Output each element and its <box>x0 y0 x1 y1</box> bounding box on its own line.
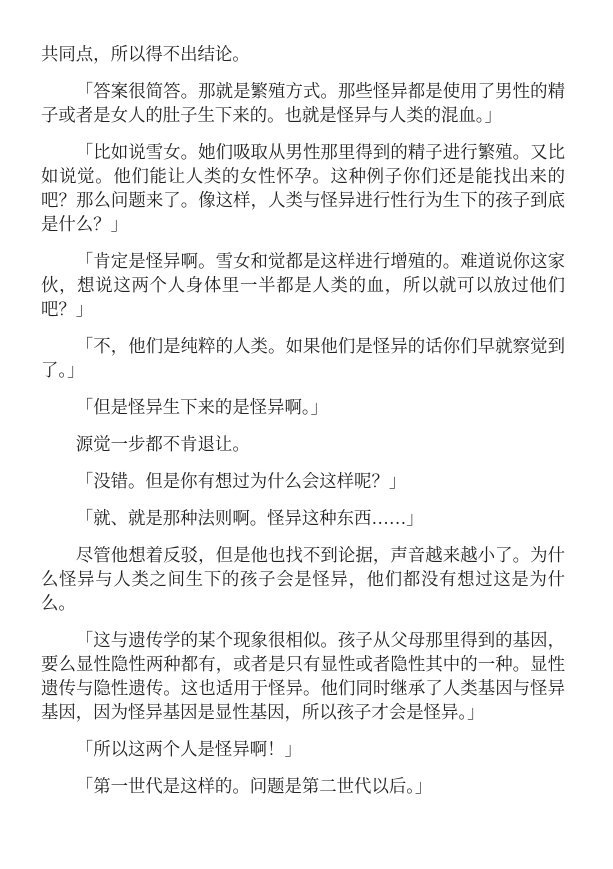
paragraph: 「比如说雪女。她们吸取从男性那里得到的精子进行繁殖。又比如说觉。他们能让人类的女… <box>41 140 565 236</box>
paragraph: 「所以这两个人是怪异啊！」 <box>41 737 565 761</box>
paragraph: 「但是怪异生下来的是怪异啊。」 <box>41 395 565 419</box>
paragraph: 「这与遗传学的某个现象很相似。孩子从父母那里得到的基因，要么显性隐性两种都有，或… <box>41 628 565 724</box>
paragraph: 「没错。但是你有想过为什么会这样呢？」 <box>41 469 565 493</box>
paragraph: 「第一世代是这样的。问题是第二世代以后。」 <box>41 774 565 798</box>
paragraph: 尽管他想着反驳，但是他也找不到论据，声音越来越小了。为什么怪异与人类之间生下的孩… <box>41 543 565 615</box>
paragraph: 「就、就是那种法则啊。怪异这种东西……」 <box>41 506 565 530</box>
document-page: 共同点，所以得不出结论。 「答案很简答。那就是繁殖方式。那些怪异都是使用了男性的… <box>0 0 613 869</box>
paragraph: 「肯定是怪异啊。雪女和觉都是这样进行增殖的。难道说你这家伙，想说这两个人身体里一… <box>41 249 565 321</box>
paragraph: 源觉一步都不肯退让。 <box>41 432 565 456</box>
paragraph: 「答案很简答。那就是繁殖方式。那些怪异都是使用了男性的精子或者是女人的肚子生下来… <box>41 79 565 127</box>
paragraph: 共同点，所以得不出结论。 <box>41 42 565 66</box>
paragraph: 「不，他们是纯粹的人类。如果他们是怪异的话你们早就察觉到了。」 <box>41 334 565 382</box>
